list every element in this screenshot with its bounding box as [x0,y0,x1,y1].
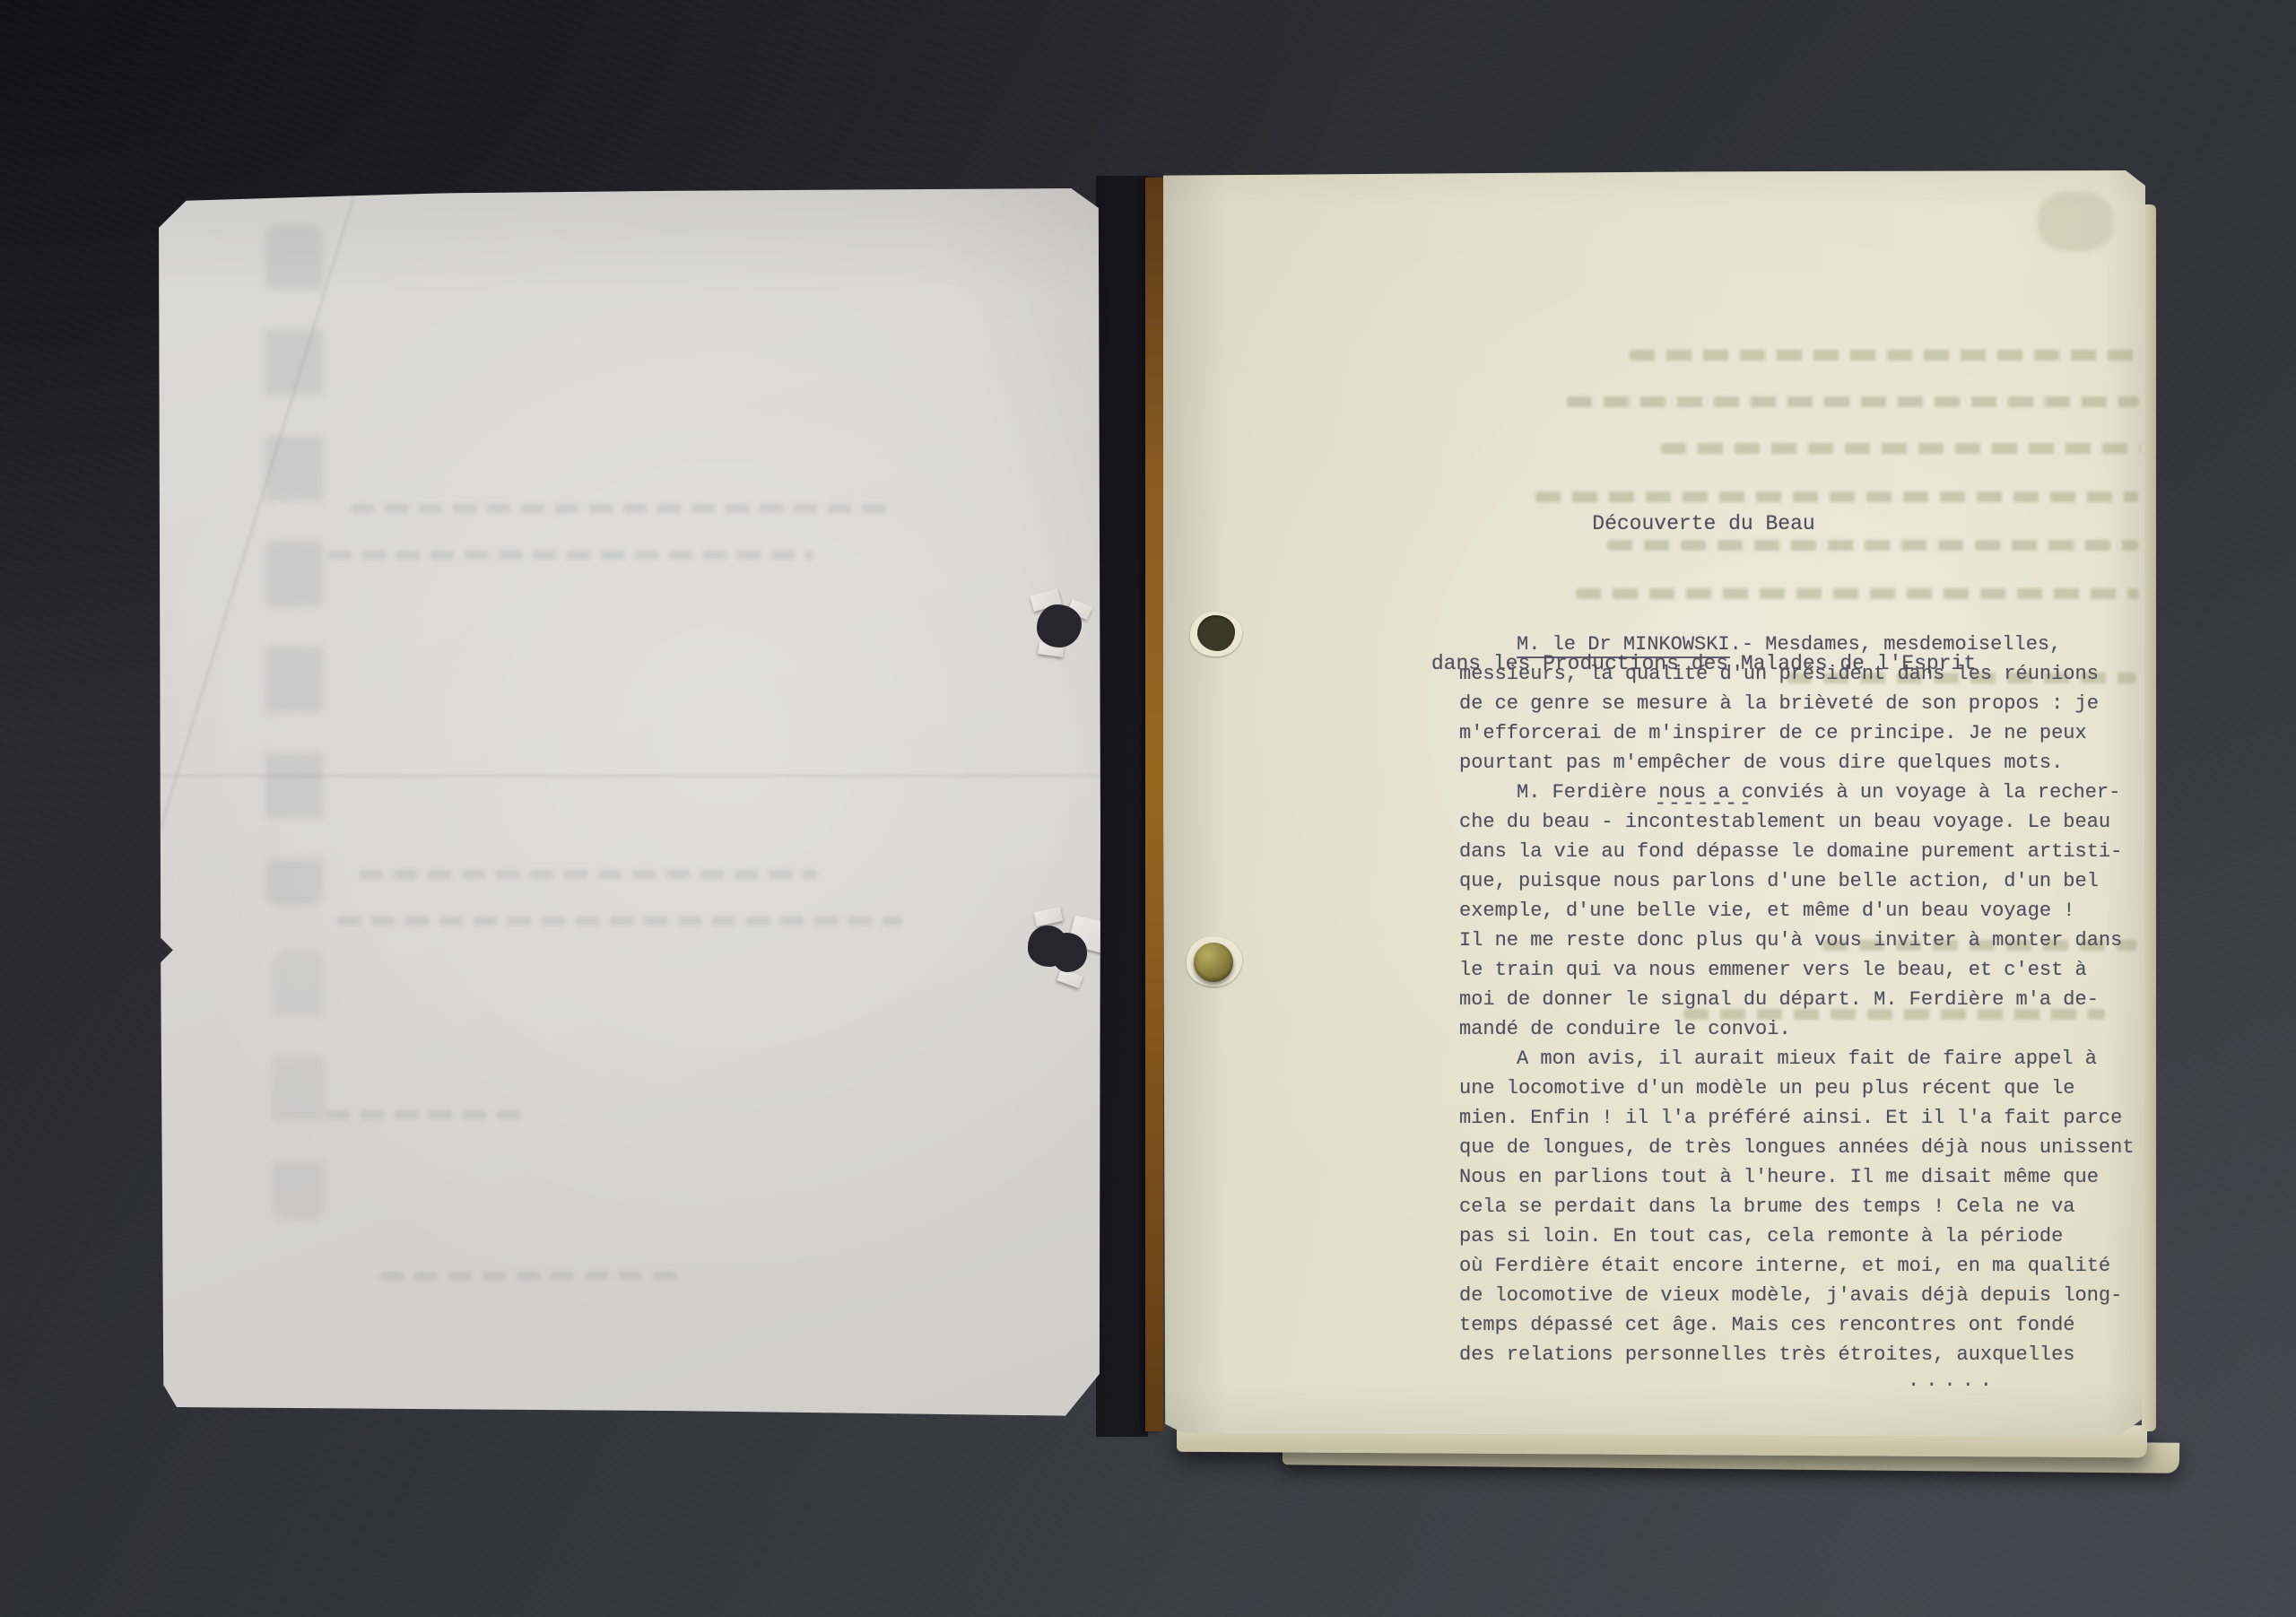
typescript-line: de ce genre se mesure à la brièveté de s… [1459,689,2150,718]
typescript-line: exemple, d'une belle vie, et même d'un b… [1459,896,2150,926]
typescript-line: messieurs, la qualité d'un président dan… [1459,659,2150,689]
typescript-line: que, puisque nous parlons d'une belle ac… [1459,866,2150,896]
ghost-text-mark [2038,192,2113,251]
typescript-line: M. Ferdière nous a conviés à un voyage à… [1459,778,2150,807]
brass-fastener [1194,943,1233,982]
typescript-line: pourtant pas m'empêcher de vous dire que… [1459,748,2150,778]
document-spine-cover-edge [1145,178,1163,1431]
ghost-vertical-lettering [273,951,325,1220]
document-title-line1: Découverte du Beau [1262,500,2145,547]
ghost-text-line [328,551,813,560]
typescript-line: une locomotive d'un modèle un peu plus r… [1459,1074,2150,1103]
typescript-line: des relations personnelles très étroites… [1459,1340,2150,1369]
photo-of-documents: { "document": { "title_line1": "Découver… [0,0,2296,1617]
ghost-text-line [326,1110,524,1119]
typescript-line: cela se perdait dans la brume des temps … [1459,1192,2150,1221]
typescript-line: moi de donner le signal du départ. M. Fe… [1459,985,2150,1014]
typescript-line: m'efforcerai de m'inspirer de ce princip… [1459,718,2150,748]
typescript-page: Découverte du Beau dans les Productions … [1163,170,2145,1437]
gap-between-pages [1096,176,1148,1437]
typescript-line: le train qui va nous emmener vers le bea… [1459,955,2150,985]
typescript-line: A mon avis, il aurait mieux fait de fair… [1459,1044,2150,1074]
typescript-line: que de longues, de très longues années d… [1459,1133,2150,1162]
ellipsis-line: ..... [1908,1369,1998,1392]
ghost-text-line [380,1272,685,1281]
typescript-line: M. le Dr MINKOWSKI.- Mesdames, mesdemois… [1459,630,2150,659]
typescript-line: Nous en parlions tout à l'heure. Il me d… [1459,1162,2150,1192]
typescript-line: de locomotive de vieux modèle, j'avais d… [1459,1281,2150,1310]
torn-punch-hole-top [1030,599,1094,660]
typescript-body: M. le Dr MINKOWSKI.- Mesdames, mesdemois… [1459,630,2150,1369]
typescript-line: pas si loin. En tout cas, cela remonte à… [1459,1221,2150,1251]
ghost-vertical-lettering [265,224,323,906]
typescript-line: che du beau - incontestablement un beau … [1459,807,2150,837]
ghost-text-line [360,870,817,879]
ghost-text-line [337,917,902,926]
ghost-text-line [1630,350,2141,361]
typescript-line: mandé de conduire le convoi. [1459,1014,2150,1044]
left-blank-page [158,188,1101,1417]
ghost-text-line [351,504,889,513]
typescript-line: où Ferdière était encore interne, et moi… [1459,1251,2150,1281]
ghost-text-line [1567,396,2139,407]
typescript-line: mien. Enfin ! il l'a préféré ainsi. Et i… [1459,1103,2150,1133]
typescript-line: dans la vie au fond dépasse le domaine p… [1459,837,2150,866]
underlined-speaker-name: M. le Dr MINKOWSKI [1517,633,1730,658]
punch-hole-top [1197,615,1235,651]
typescript-line: temps dépassé cet âge. Mais ces rencontr… [1459,1310,2150,1340]
typescript-line: Il ne me reste donc plus qu'à vous invit… [1459,926,2150,955]
